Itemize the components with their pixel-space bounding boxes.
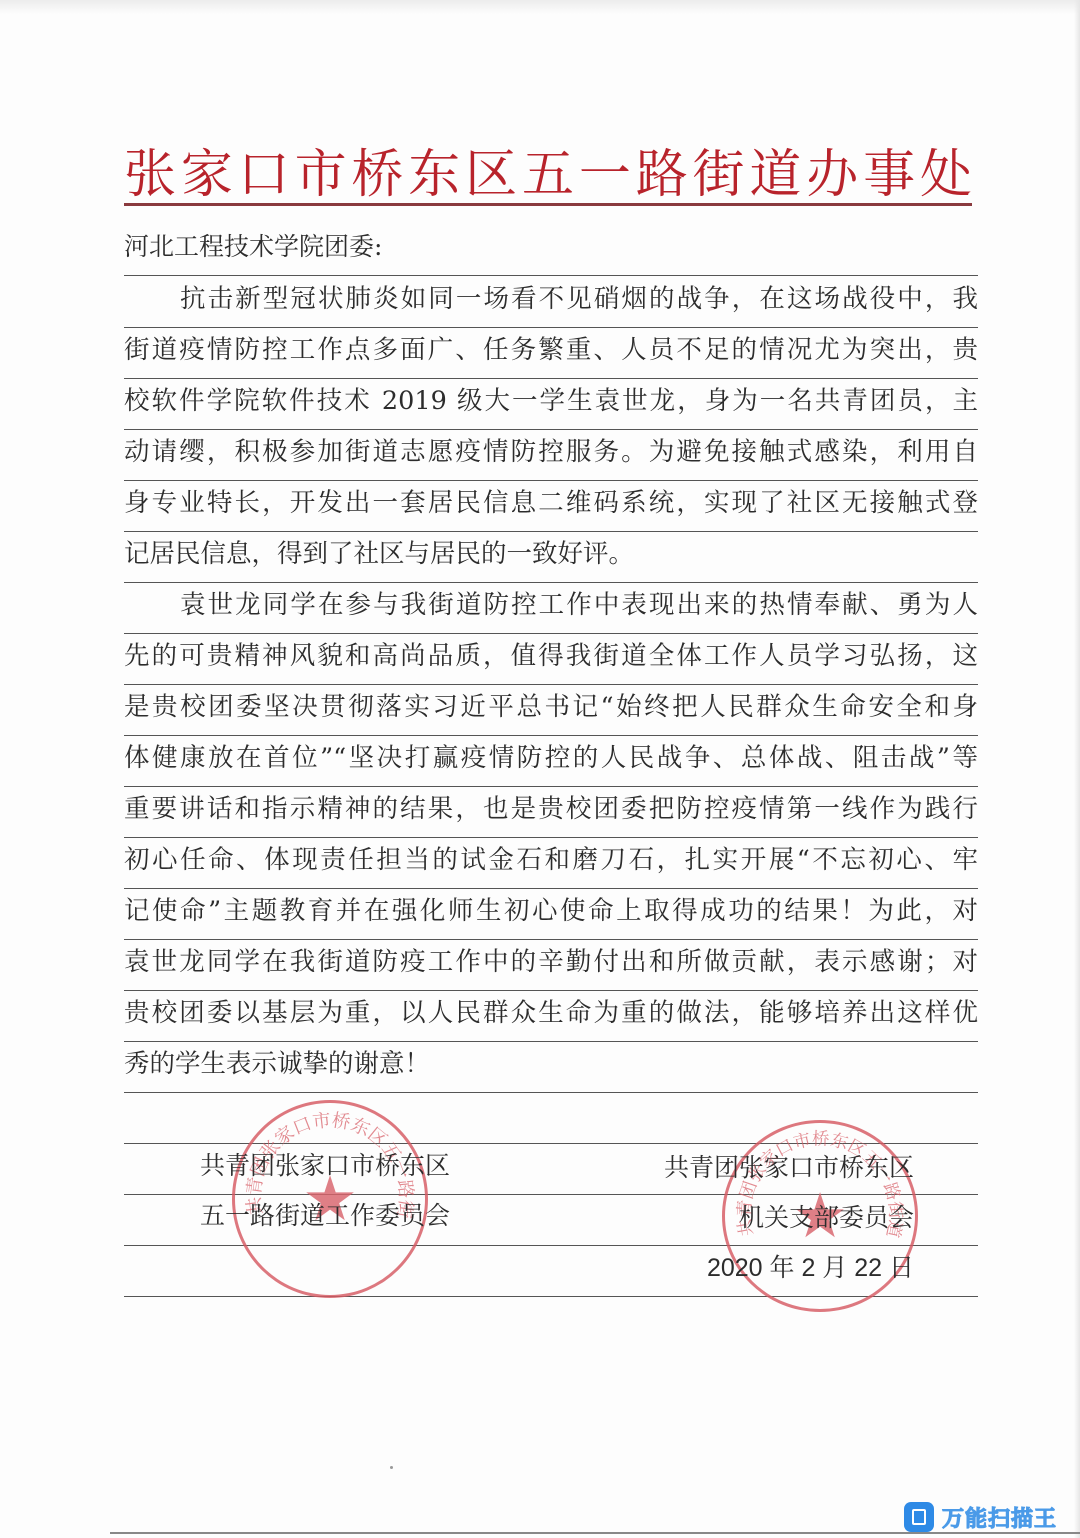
scanner-watermark: 万能扫描王 — [904, 1500, 1057, 1534]
body-line: 袁世龙同学在参与我街道防控工作中表现出来的热情奉献、勇为人 — [124, 582, 978, 634]
signature-right: 共青团张家口市桥东区 机关支部委员会 2020 年 2 月 22 日 — [644, 1143, 914, 1293]
watermark-text: 万能扫描王 — [942, 1502, 1057, 1533]
signature-right-line2: 机关支部委员会 — [644, 1193, 914, 1243]
body-line: 袁世龙同学在我街道防疫工作中的辛勤付出和所做贡献，表示感谢；对 — [124, 939, 978, 991]
body-line: 记使命”主题教育并在强化师生初心使命上取得成功的结果！为此，对 — [124, 888, 978, 940]
body-line: 校软件学院软件技术 2019 级大一学生袁世龙，身为一名共青团员，主 — [124, 378, 978, 430]
body-line: 先的可贵精神风貌和高尚品质，值得我街道全体工作人员学习弘扬，这 — [124, 633, 978, 685]
signature-date: 2020 年 2 月 22 日 — [644, 1243, 914, 1293]
letterhead-title: 张家口市桥东区五一路街道办事处 — [124, 140, 974, 210]
scan-speck — [390, 1466, 393, 1469]
body-line: 贵校团委以基层为重，以人民群众生命为重的做法，能够培养出这样优 — [124, 990, 978, 1042]
signature-left-line1: 共青团张家口市桥东区 — [200, 1141, 450, 1191]
body-line: 记居民信息，得到了社区与居民的一致好评。 — [124, 531, 978, 583]
page-edge-shadow — [0, 0, 1080, 14]
body-line: 初心任命、体现责任担当的试金石和磨刀石，扎实开展“不忘初心、牢 — [124, 837, 978, 889]
body-line: 是贵校团委坚决贯彻落实习近平总书记“始终把人民群众生命安全和身 — [124, 684, 978, 736]
page-bottom-edge — [110, 1532, 1080, 1534]
body-line: 重要讲话和指示精神的结果，也是贵校团委把防控疫情第一线作为践行 — [124, 786, 978, 838]
letterhead-rule — [124, 203, 972, 206]
signature-left-line2: 五一路街道工作委员会 — [200, 1191, 450, 1241]
body-line: 动请缨，积极参加街道志愿疫情防控服务。为避免接触式感染，利用自 — [124, 429, 978, 481]
body-line: 抗击新型冠状肺炎如同一场看不见硝烟的战争，在这场战役中，我 — [124, 276, 978, 328]
scanner-app-icon — [904, 1502, 934, 1532]
page-edge-shadow — [1074, 0, 1080, 1538]
body-line: 秀的学生表示诚挚的谢意！ — [124, 1041, 978, 1093]
body-line: 身专业特长，开发出一套居民信息二维码系统，实现了社区无接触式登 — [124, 480, 978, 532]
signature-right-line1: 共青团张家口市桥东区 — [644, 1143, 914, 1193]
salutation: 河北工程技术学院团委: — [124, 224, 978, 276]
body-line: 街道疫情防控工作点多面广、任务繁重、人员不足的情况尤为突出，贵 — [124, 327, 978, 379]
body-line: 体健康放在首位”“坚决打赢疫情防控的人民战争、总体战、阻击战”等 — [124, 735, 978, 787]
signature-left: 共青团张家口市桥东区 五一路街道工作委员会 — [200, 1141, 450, 1241]
